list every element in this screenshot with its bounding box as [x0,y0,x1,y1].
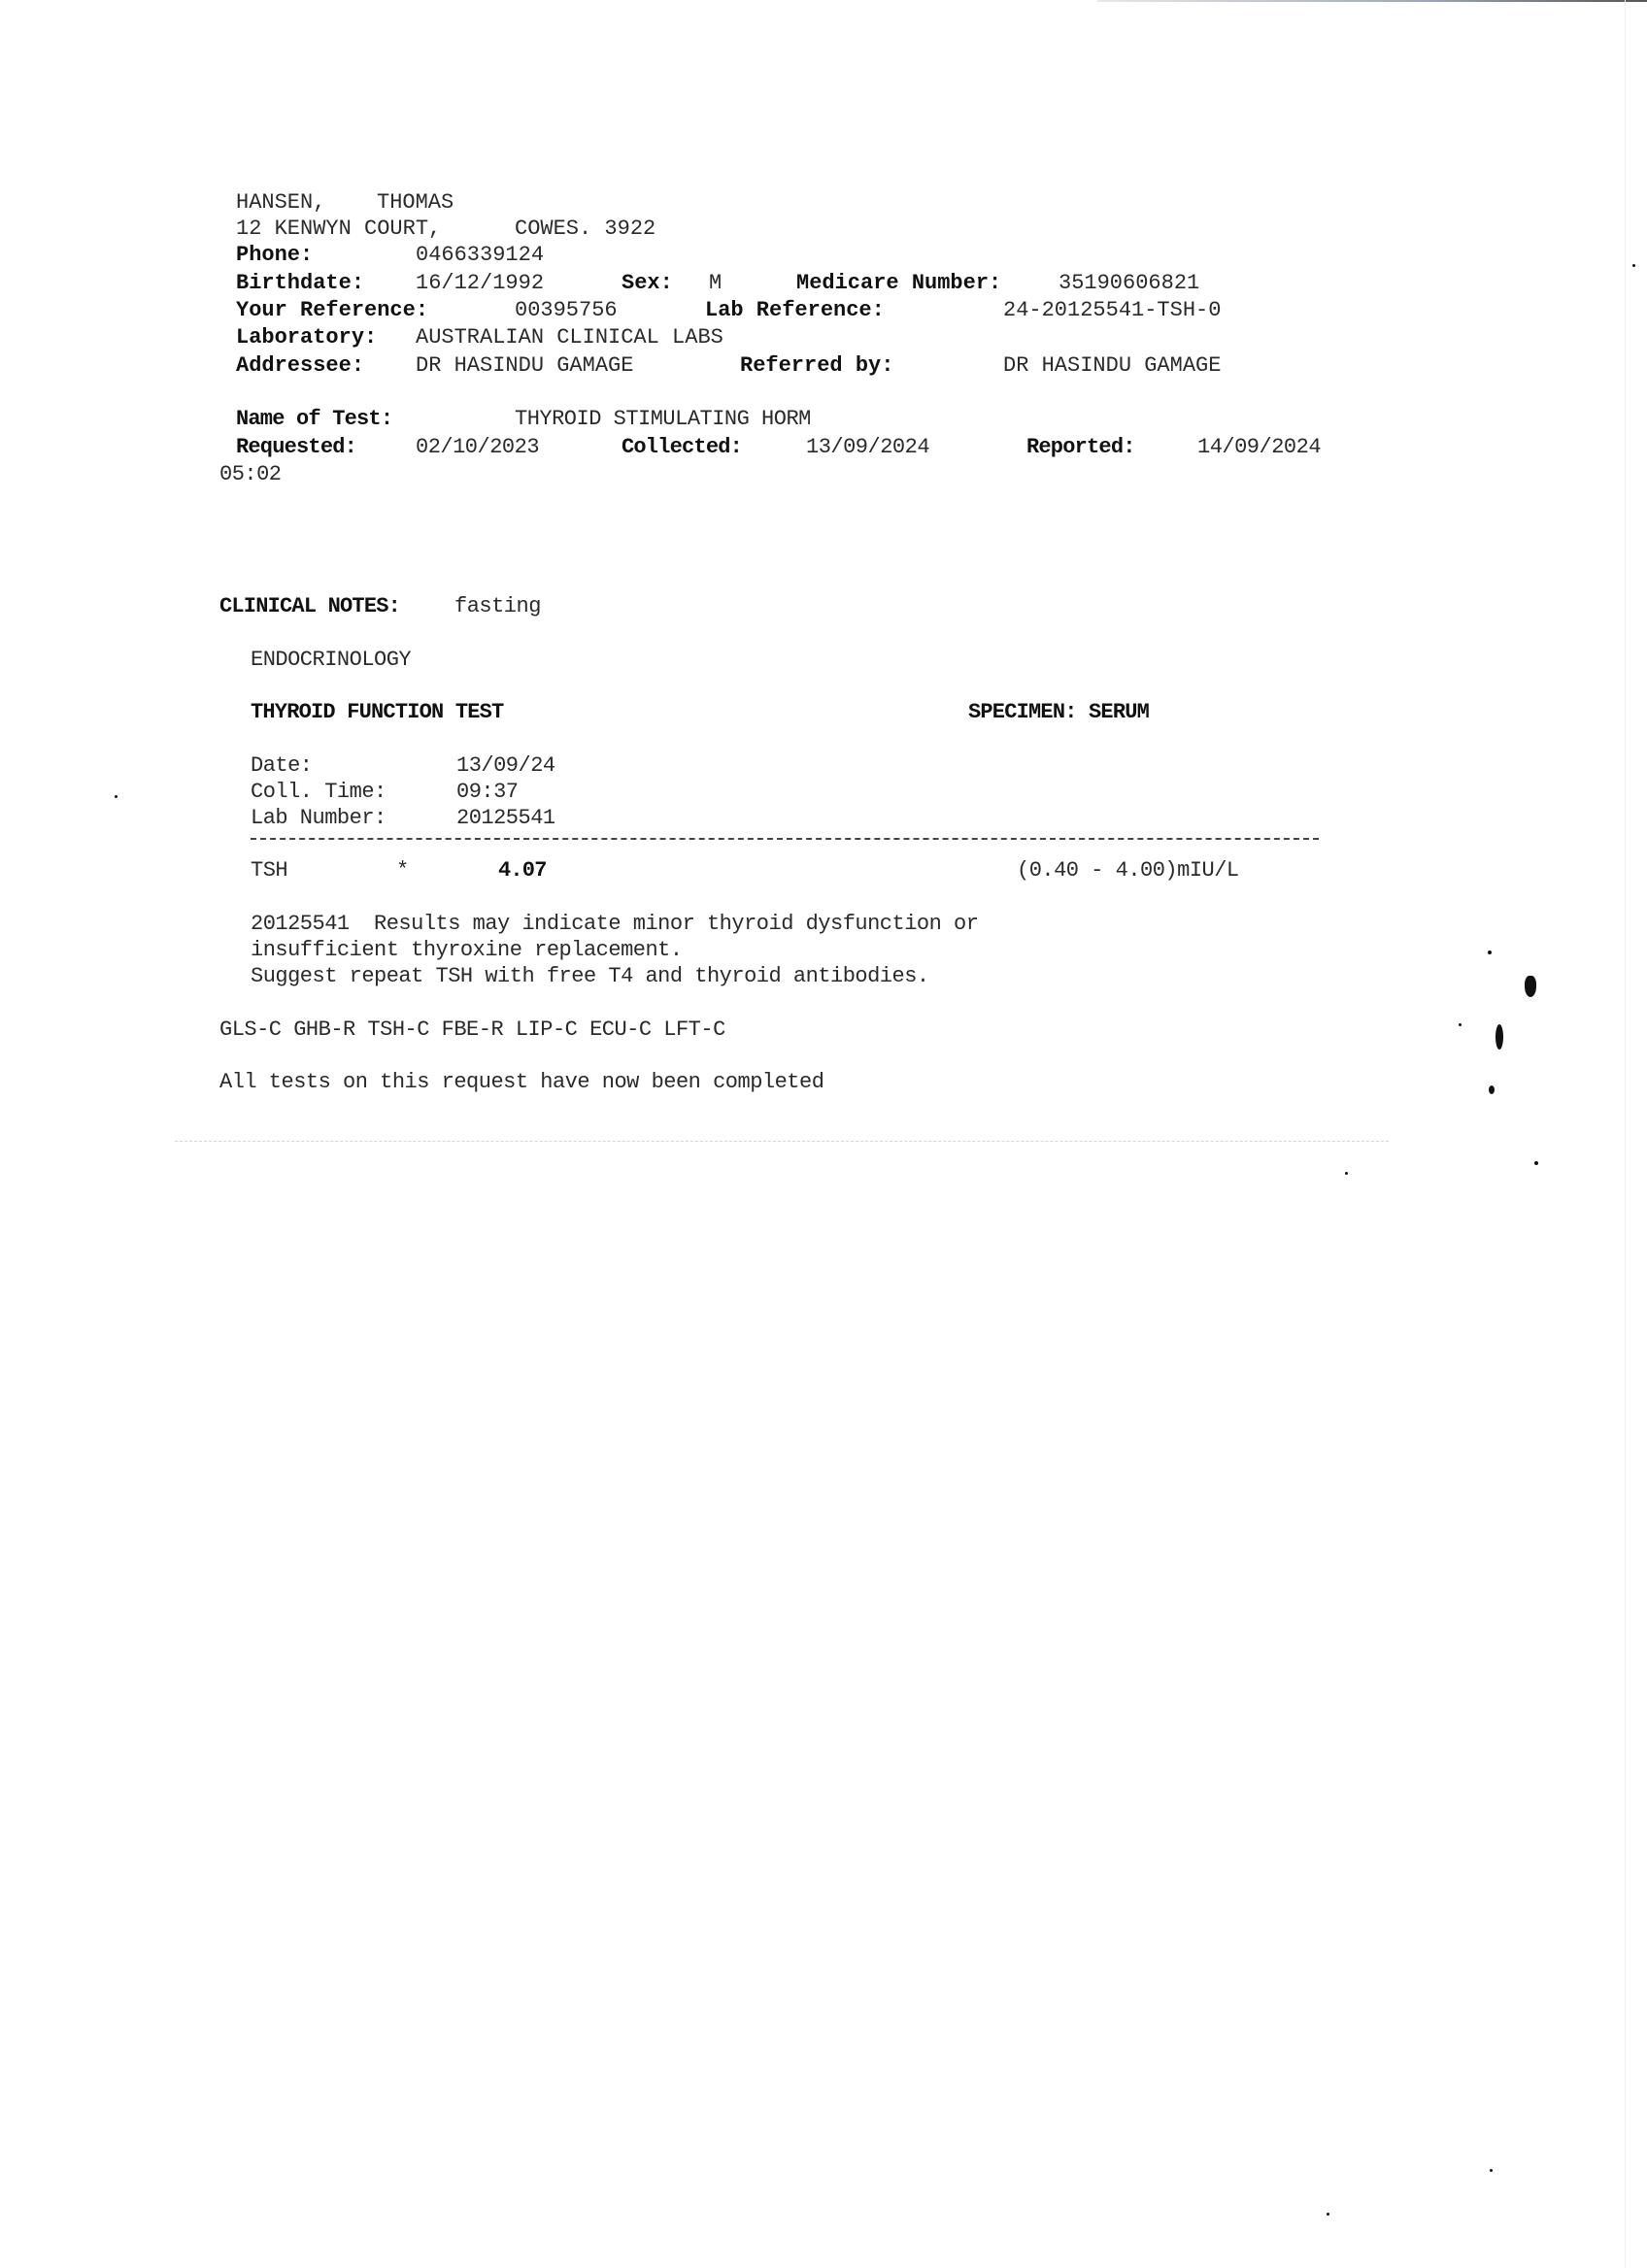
scan-speck [1534,1161,1538,1165]
requested-value: 02/10/2023 [416,435,539,460]
result-value: 4.07 [498,858,547,884]
scan-speck [1488,951,1492,954]
result-reference-range: (0.40 - 4.00)mIU/L [1017,858,1239,884]
phone-value: 0466339124 [416,243,544,268]
addressee-label: Addressee: [236,353,364,379]
addressee-value: DR HASINDU GAMAGE [416,353,633,379]
referred-by-label: Referred by: [740,353,893,379]
scan-speck [1327,2213,1329,2216]
reported-label: Reported: [1026,435,1135,460]
result-abnormal-flag: * [396,858,409,884]
comment-line: insufficient thyroxine replacement. [251,938,683,963]
your-reference-label: Your Reference: [236,298,428,323]
scan-speck [1490,2169,1493,2172]
scan-speck [1525,976,1536,997]
lab-reference-label: Lab Reference: [705,298,885,323]
collected-value: 13/09/2024 [806,435,929,460]
sex-label: Sex: [622,271,673,296]
medicare-label: Medicare Number: [796,271,1001,296]
sex-value: M [709,271,722,296]
lab-number-label: Lab Number: [251,806,387,831]
comment-line: Suggest repeat TSH with free T4 and thyr… [251,964,929,989]
scan-smear [175,1141,1389,1142]
referred-by-value: DR HASINDU GAMAGE [1003,353,1221,379]
scan-speck [1345,1172,1348,1175]
clinical-notes-value: fasting [454,594,541,619]
scan-top-edge [1097,0,1647,2]
department-heading: ENDOCRINOLOGY [251,648,411,673]
medicare-value: 35190606821 [1059,271,1199,296]
requested-label: Requested: [236,435,356,460]
section-title: THYROID FUNCTION TEST [251,700,503,725]
scan-speck [115,795,118,798]
dashed-divider [251,838,1319,840]
patient-address: 12 KENWYN COURT, [236,217,441,242]
reported-value: 14/09/2024 [1197,435,1321,460]
scan-speck [1632,264,1635,267]
laboratory-label: Laboratory: [236,325,377,350]
your-reference-value: 00395756 [515,298,618,323]
scan-speck [1459,1023,1462,1026]
completion-note: All tests on this request have now been … [219,1070,823,1095]
scan-speck [1489,1085,1495,1094]
test-status-codes: GLS-C GHB-R TSH-C FBE-R LIP-C ECU-C LFT-… [219,1017,725,1043]
result-analyte: TSH [251,858,287,884]
collected-label: Collected: [622,435,742,460]
patient-surname: HANSEN, [236,190,325,216]
coll-time-label: Coll. Time: [251,780,387,805]
scan-speck [1496,1024,1503,1050]
birthdate-value: 16/12/1992 [416,271,544,296]
specimen-type: SPECIMEN: SERUM [968,700,1149,725]
scan-right-edge [1625,0,1626,2268]
reported-time: 05:02 [219,462,282,487]
patient-given-name: THOMAS [377,190,454,216]
test-name-label: Name of Test: [236,407,392,432]
phone-label: Phone: [236,243,313,268]
lab-reference-value: 24-20125541-TSH-0 [1003,298,1221,323]
date-label: Date: [251,753,313,779]
coll-time-value: 09:37 [456,780,519,805]
laboratory-value: AUSTRALIAN CLINICAL LABS [416,325,723,350]
test-name-value: THYROID STIMULATING HORM [515,407,811,432]
comment-line: 20125541 Results may indicate minor thyr… [251,912,978,937]
birthdate-label: Birthdate: [236,271,364,296]
clinical-notes-label: CLINICAL NOTES: [219,594,400,619]
lab-number-value: 20125541 [456,806,555,831]
patient-suburb: COWES. 3922 [515,217,655,242]
date-value: 13/09/24 [456,753,555,779]
